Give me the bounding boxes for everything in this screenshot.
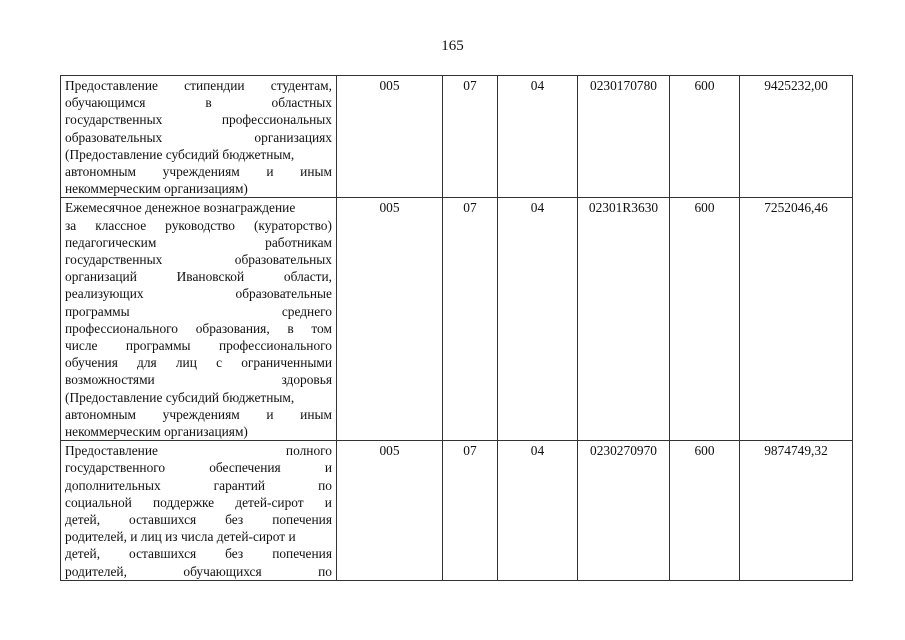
subsection-code: 04 [498, 76, 578, 198]
description-line: обучениядлялицсограниченными [65, 354, 332, 371]
table-row: Предоставлениеполногогосударственногообе… [61, 441, 853, 581]
expense-type-code: 600 [670, 198, 740, 441]
description-line: программысреднего [65, 303, 332, 320]
description-line: Ежемесячное денежное вознаграждение [65, 199, 332, 216]
description-line: некоммерческим организациям) [65, 180, 332, 197]
description-line: государственныхпрофессиональных [65, 111, 332, 128]
description-line: автономнымучреждениямииным [65, 406, 332, 423]
description-line: родителей,обучающихсяпо [65, 563, 332, 580]
ministry-code: 005 [337, 441, 443, 581]
section-code: 07 [443, 76, 498, 198]
row-description: Предоставлениеполногогосударственногообе… [61, 441, 337, 581]
description-line: возможностямиздоровья [65, 371, 332, 388]
section-code: 07 [443, 441, 498, 581]
description-line: Предоставлениеполного [65, 442, 332, 459]
description-line: педагогическимработникам [65, 234, 332, 251]
table-row: Предоставлениестипендиистудентам,обучающ… [61, 76, 853, 198]
row-description: Ежемесячное денежное вознаграждениезакла… [61, 198, 337, 441]
section-code: 07 [443, 198, 498, 441]
description-line: профессиональногообразования,втом [65, 320, 332, 337]
description-line: обучающимсявобластных [65, 94, 332, 111]
description-line: детей,оставшихсябезпопечения [65, 511, 332, 528]
page-number: 165 [0, 38, 905, 55]
description-line: государственныхобразовательных [65, 251, 332, 268]
description-line: образовательныхорганизациях [65, 129, 332, 146]
description-line: родителей, и лиц из числа детей-сирот и [65, 528, 332, 545]
description-line: некоммерческим организациям) [65, 423, 332, 440]
description-line: автономнымучреждениямииным [65, 163, 332, 180]
target-article-code: 0230270970 [578, 441, 670, 581]
description-line: числепрограммыпрофессионального [65, 337, 332, 354]
description-line: социальнойподдержкедетей-сироти [65, 494, 332, 511]
subsection-code: 04 [498, 441, 578, 581]
expense-type-code: 600 [670, 441, 740, 581]
description-line: детей,оставшихсябезпопечения [65, 545, 332, 562]
description-line: Предоставлениестипендиистудентам, [65, 77, 332, 94]
target-article-code: 02301R3630 [578, 198, 670, 441]
description-line: реализующихобразовательные [65, 285, 332, 302]
ministry-code: 005 [337, 198, 443, 441]
description-line: (Предоставление субсидий бюджетным, [65, 389, 332, 406]
amount: 7252046,46 [740, 198, 853, 441]
amount: 9425232,00 [740, 76, 853, 198]
description-line: государственногообеспеченияи [65, 459, 332, 476]
description-line: дополнительныхгарантийпо [65, 477, 332, 494]
description-line: заклассноеруководство(кураторство) [65, 217, 332, 234]
amount: 9874749,32 [740, 441, 853, 581]
table-row: Ежемесячное денежное вознаграждениезакла… [61, 198, 853, 441]
target-article-code: 0230170780 [578, 76, 670, 198]
row-description: Предоставлениестипендиистудентам,обучающ… [61, 76, 337, 198]
expense-type-code: 600 [670, 76, 740, 198]
ministry-code: 005 [337, 76, 443, 198]
description-line: (Предоставление субсидий бюджетным, [65, 146, 332, 163]
subsection-code: 04 [498, 198, 578, 441]
budget-table: Предоставлениестипендиистудентам,обучающ… [60, 75, 853, 581]
description-line: организацийИвановскойобласти, [65, 268, 332, 285]
